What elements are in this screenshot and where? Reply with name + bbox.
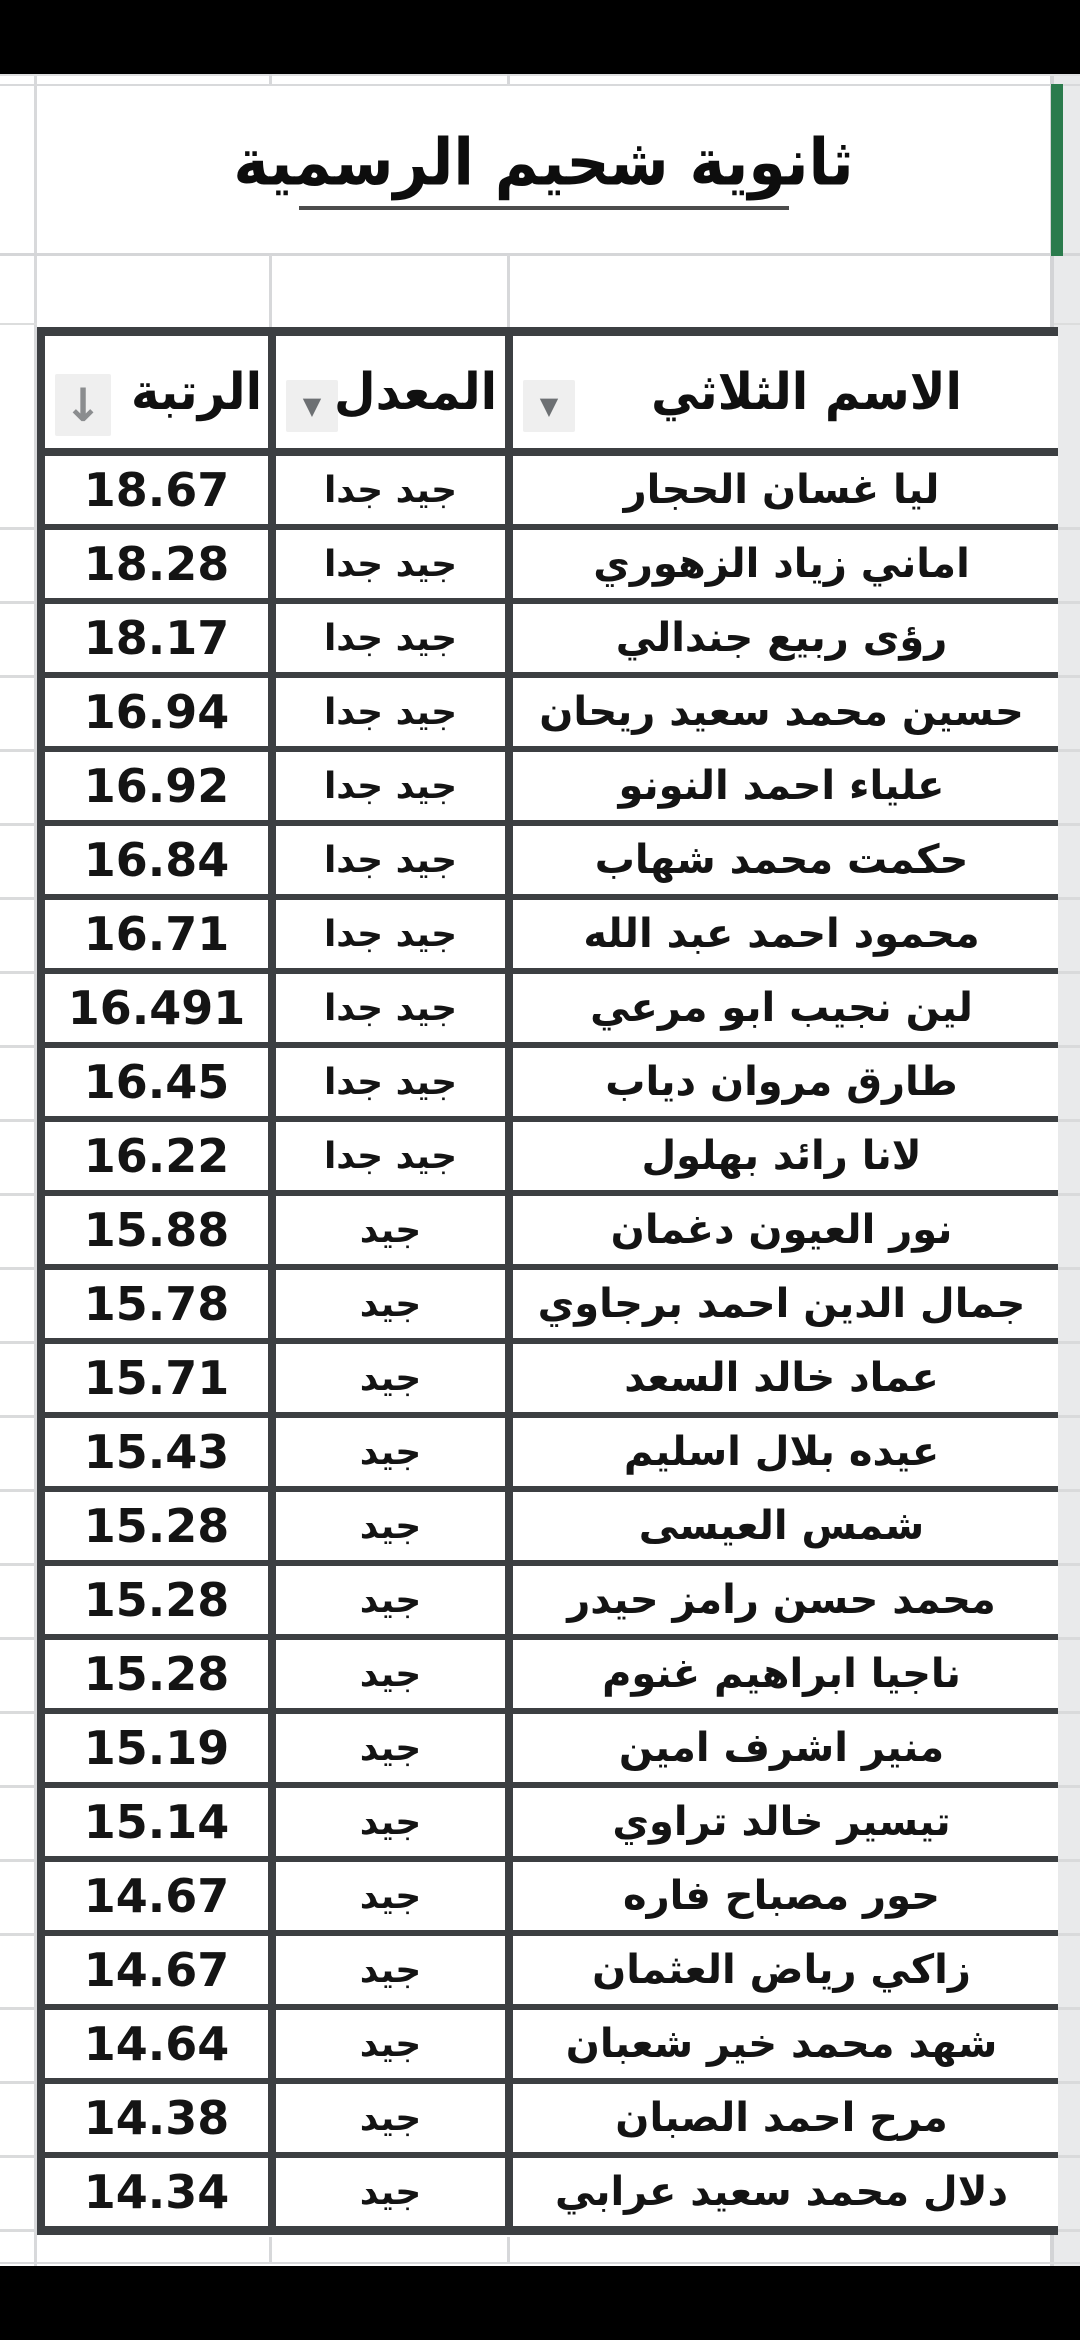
rank-cell[interactable]: 16.45: [45, 1048, 268, 1116]
column-divider: [268, 1196, 276, 1264]
name-cell[interactable]: شمس العيسى: [513, 1492, 1050, 1560]
rank-cell[interactable]: 15.28: [45, 1566, 268, 1634]
name-cell[interactable]: حور مصباح فاره: [513, 1862, 1050, 1930]
grade-cell[interactable]: جيد جدا: [276, 752, 505, 820]
column-divider: [268, 974, 276, 1042]
grade-cell[interactable]: جيد: [276, 1492, 505, 1560]
table-row: 15.43 جيد عيده بلال اسليم: [45, 1418, 1058, 1492]
sheet-gridline-tick: [507, 255, 510, 327]
table-row: 16.491 جيد جدا لين نجيب ابو مرعي: [45, 974, 1058, 1048]
table-row: 15.88 جيد نور العيون دغمان: [45, 1196, 1058, 1270]
rank-cell[interactable]: 16.94: [45, 678, 268, 746]
column-divider: [505, 456, 513, 524]
column-divider: [268, 826, 276, 894]
table-row: 18.28 جيد جدا اماني زياد الزهوري: [45, 530, 1058, 604]
column-divider: [505, 678, 513, 746]
bottom-black-bar: [0, 2266, 1080, 2340]
title-cell[interactable]: ثانوية شحيم الرسمية: [37, 86, 1050, 253]
grade-cell[interactable]: جيد: [276, 1788, 505, 1856]
name-cell[interactable]: اماني زياد الزهوري: [513, 530, 1050, 598]
filter-dropdown-icon[interactable]: ▼: [523, 380, 575, 432]
name-cell[interactable]: زاكي رياض العثمان: [513, 1936, 1050, 2004]
title-underline: [299, 206, 789, 210]
table-row: 14.64 جيد شهد محمد خير شعبان: [45, 2010, 1058, 2084]
column-divider: [268, 604, 276, 672]
name-cell[interactable]: منير اشرف امين: [513, 1714, 1050, 1782]
rank-cell[interactable]: 14.34: [45, 2158, 268, 2226]
name-cell[interactable]: لين نجيب ابو مرعي: [513, 974, 1050, 1042]
column-divider: [505, 974, 513, 1042]
column-divider: [268, 678, 276, 746]
left-gutter-column[interactable]: [0, 74, 37, 2266]
header-name-label: الاسم الثلاثي: [651, 363, 962, 422]
sheet-gridline-left-segment: [0, 323, 37, 325]
left-gutter-gridlines: [0, 456, 34, 2236]
column-divider: [505, 1788, 513, 1856]
column-divider: [268, 1936, 276, 2004]
sheet-gridline-tick: [269, 74, 272, 84]
name-cell[interactable]: محمود احمد عبد الله: [513, 900, 1050, 968]
header-grade-label: المعدل: [334, 363, 497, 422]
column-divider: [505, 1640, 513, 1708]
name-cell[interactable]: شهد محمد خير شعبان: [513, 2010, 1050, 2078]
column-divider: [505, 530, 513, 598]
table-row: 14.67 جيد زاكي رياض العثمان: [45, 1936, 1058, 2010]
table-row: 14.67 جيد حور مصباح فاره: [45, 1862, 1058, 1936]
rank-cell[interactable]: 16.84: [45, 826, 268, 894]
column-divider: [505, 2084, 513, 2152]
sheet-gridline-right-segment: [1054, 323, 1080, 325]
column-divider: [505, 604, 513, 672]
rank-cell[interactable]: 15.14: [45, 1788, 268, 1856]
rank-cell[interactable]: 14.38: [45, 2084, 268, 2152]
rank-cell[interactable]: 18.67: [45, 456, 268, 524]
name-cell[interactable]: رؤى ربيع جندالي: [513, 604, 1050, 672]
column-divider: [505, 336, 513, 448]
sheet-gridline-tick: [507, 2237, 510, 2262]
rank-cell[interactable]: 16.22: [45, 1122, 268, 1190]
column-divider: [505, 1862, 513, 1930]
name-cell[interactable]: طارق مروان دياب: [513, 1048, 1050, 1116]
sheet-gridline-bottom: [0, 2262, 1080, 2264]
table-row: 16.71 جيد جدا محمود احمد عبد الله: [45, 900, 1058, 974]
column-divider: [268, 1862, 276, 1930]
column-divider: [268, 900, 276, 968]
grade-cell[interactable]: جيد: [276, 1936, 505, 2004]
table-row: 15.78 جيد جمال الدين احمد برجاوي: [45, 1270, 1058, 1344]
table-row: 16.45 جيد جدا طارق مروان دياب: [45, 1048, 1058, 1122]
rank-cell[interactable]: 14.64: [45, 2010, 268, 2078]
column-divider: [505, 1048, 513, 1116]
column-divider: [505, 1492, 513, 1560]
grade-cell[interactable]: جيد: [276, 1566, 505, 1634]
header-grade[interactable]: ▼ المعدل: [276, 336, 505, 448]
table-row: 16.84 جيد جدا حكمت محمد شهاب: [45, 826, 1058, 900]
sheet-gridline-top-a: [0, 74, 1080, 76]
sheet-gridline-tick: [269, 255, 272, 327]
name-cell[interactable]: علياء احمد النونو: [513, 752, 1050, 820]
grade-cell[interactable]: جيد جدا: [276, 1048, 505, 1116]
column-divider: [268, 1344, 276, 1412]
rank-cell[interactable]: 16.92: [45, 752, 268, 820]
table-row: 14.38 جيد مرح احمد الصبان: [45, 2084, 1058, 2158]
table-row: 16.22 جيد جدا لانا رائد بهلول: [45, 1122, 1058, 1196]
rank-cell[interactable]: 15.88: [45, 1196, 268, 1264]
column-divider: [505, 1196, 513, 1264]
grade-cell[interactable]: جيد جدا: [276, 456, 505, 524]
table-row: 15.28 جيد محمد حسن رامز حيدر: [45, 1566, 1058, 1640]
column-divider: [505, 1270, 513, 1338]
column-divider: [268, 336, 276, 448]
rank-cell[interactable]: 15.19: [45, 1714, 268, 1782]
column-divider: [505, 826, 513, 894]
rank-cell[interactable]: 15.78: [45, 1270, 268, 1338]
grade-cell[interactable]: جيد: [276, 1344, 505, 1412]
name-cell[interactable]: دلال محمد سعيد عرابي: [513, 2158, 1050, 2226]
name-cell[interactable]: حكمت محمد شهاب: [513, 826, 1050, 894]
rank-cell[interactable]: 16.71: [45, 900, 268, 968]
column-divider: [268, 1418, 276, 1486]
grade-cell[interactable]: جيد جدا: [276, 974, 505, 1042]
grade-cell[interactable]: جيد جدا: [276, 678, 505, 746]
table-row: 15.19 جيد منير اشرف امين: [45, 1714, 1058, 1788]
column-divider: [505, 2158, 513, 2226]
rank-cell[interactable]: 15.43: [45, 1418, 268, 1486]
column-divider: [268, 530, 276, 598]
column-divider: [268, 752, 276, 820]
table-header-row: ↓ الرتبة ▼ المعدل ▼ الاسم الثلاثي: [45, 336, 1058, 456]
grade-cell[interactable]: جيد جدا: [276, 604, 505, 672]
column-divider: [268, 456, 276, 524]
name-cell[interactable]: ناجيا ابراهيم غنوم: [513, 1640, 1050, 1708]
grade-cell[interactable]: جيد: [276, 2084, 505, 2152]
column-divider: [268, 2084, 276, 2152]
rank-cell[interactable]: 15.28: [45, 1640, 268, 1708]
sort-descending-icon[interactable]: ↓: [55, 374, 111, 436]
column-divider: [268, 1492, 276, 1560]
column-divider: [505, 900, 513, 968]
rank-cell[interactable]: 18.28: [45, 530, 268, 598]
grade-cell[interactable]: جيد جدا: [276, 530, 505, 598]
column-divider: [268, 2010, 276, 2078]
rank-cell[interactable]: 15.71: [45, 1344, 268, 1412]
sheet-gridline-tick: [269, 2237, 272, 2262]
name-cell[interactable]: حسين محمد سعيد ريحان: [513, 678, 1050, 746]
rank-cell[interactable]: 18.17: [45, 604, 268, 672]
filter-dropdown-icon[interactable]: ▼: [286, 380, 338, 432]
header-name[interactable]: ▼ الاسم الثلاثي: [513, 336, 1050, 448]
column-divider: [505, 1418, 513, 1486]
table-row: 15.71 جيد عماد خالد السعد: [45, 1344, 1058, 1418]
column-divider: [505, 1566, 513, 1634]
column-divider: [268, 1788, 276, 1856]
table-row: 15.14 جيد تيسير خالد تراوي: [45, 1788, 1058, 1862]
column-divider: [505, 1714, 513, 1782]
sheet-gridline-under-title: [0, 253, 1080, 256]
grade-cell[interactable]: جيد: [276, 1714, 505, 1782]
grade-cell[interactable]: جيد: [276, 2010, 505, 2078]
table-row: 16.92 جيد جدا علياء احمد النونو: [45, 752, 1058, 826]
grade-cell[interactable]: جيد: [276, 2158, 505, 2226]
table-row: 18.17 جيد جدا رؤى ربيع جندالي: [45, 604, 1058, 678]
name-cell[interactable]: محمد حسن رامز حيدر: [513, 1566, 1050, 1634]
name-cell[interactable]: تيسير خالد تراوي: [513, 1788, 1050, 1856]
column-divider: [268, 1714, 276, 1782]
table-body: 18.67 جيد جدا ليا غسان الحجار 18.28 جيد …: [45, 456, 1058, 2226]
grade-cell[interactable]: جيد جدا: [276, 826, 505, 894]
spreadsheet-screen: ثانوية شحيم الرسمية ↓ الرتبة ▼ المعدل ▼ …: [0, 0, 1080, 2340]
column-divider: [505, 1936, 513, 2004]
header-rank[interactable]: ↓ الرتبة: [45, 336, 268, 448]
name-cell[interactable]: عيده بلال اسليم: [513, 1418, 1050, 1486]
grade-cell[interactable]: جيد جدا: [276, 1122, 505, 1190]
grade-cell[interactable]: جيد: [276, 1418, 505, 1486]
selection-green-bar: [1051, 84, 1063, 256]
table-row: 14.34 جيد دلال محمد سعيد عرابي: [45, 2158, 1058, 2226]
name-cell[interactable]: عماد خالد السعد: [513, 1344, 1050, 1412]
name-cell[interactable]: ليا غسان الحجار: [513, 456, 1050, 524]
name-cell[interactable]: نور العيون دغمان: [513, 1196, 1050, 1264]
table-row: 15.28 جيد شمس العيسى: [45, 1492, 1058, 1566]
name-cell[interactable]: مرح احمد الصبان: [513, 2084, 1050, 2152]
column-divider: [505, 752, 513, 820]
column-divider: [268, 1048, 276, 1116]
grade-cell[interactable]: جيد: [276, 1862, 505, 1930]
name-cell[interactable]: جمال الدين احمد برجاوي: [513, 1270, 1050, 1338]
header-rank-label: الرتبة: [131, 363, 262, 422]
grade-cell[interactable]: جيد: [276, 1196, 505, 1264]
top-black-bar: [0, 0, 1080, 74]
results-table: ↓ الرتبة ▼ المعدل ▼ الاسم الثلاثي 18.67 …: [37, 327, 1058, 2235]
column-divider: [505, 1344, 513, 1412]
sheet-gridline-tick: [507, 74, 510, 84]
rank-cell[interactable]: 15.28: [45, 1492, 268, 1560]
grade-cell[interactable]: جيد: [276, 1270, 505, 1338]
school-title: ثانوية شحيم الرسمية: [233, 126, 853, 201]
column-divider: [268, 1122, 276, 1190]
column-divider: [268, 1566, 276, 1634]
rank-cell[interactable]: 14.67: [45, 1936, 268, 2004]
column-divider: [268, 2158, 276, 2226]
table-row: 18.67 جيد جدا ليا غسان الحجار: [45, 456, 1058, 530]
name-cell[interactable]: لانا رائد بهلول: [513, 1122, 1050, 1190]
table-row: 16.94 جيد جدا حسين محمد سعيد ريحان: [45, 678, 1058, 752]
table-row: 15.28 جيد ناجيا ابراهيم غنوم: [45, 1640, 1058, 1714]
grade-cell[interactable]: جيد: [276, 1640, 505, 1708]
grade-cell[interactable]: جيد جدا: [276, 900, 505, 968]
column-divider: [268, 1640, 276, 1708]
column-divider: [505, 2010, 513, 2078]
column-divider: [268, 1270, 276, 1338]
rank-cell[interactable]: 16.491: [45, 974, 268, 1042]
column-divider: [505, 1122, 513, 1190]
rank-cell[interactable]: 14.67: [45, 1862, 268, 1930]
